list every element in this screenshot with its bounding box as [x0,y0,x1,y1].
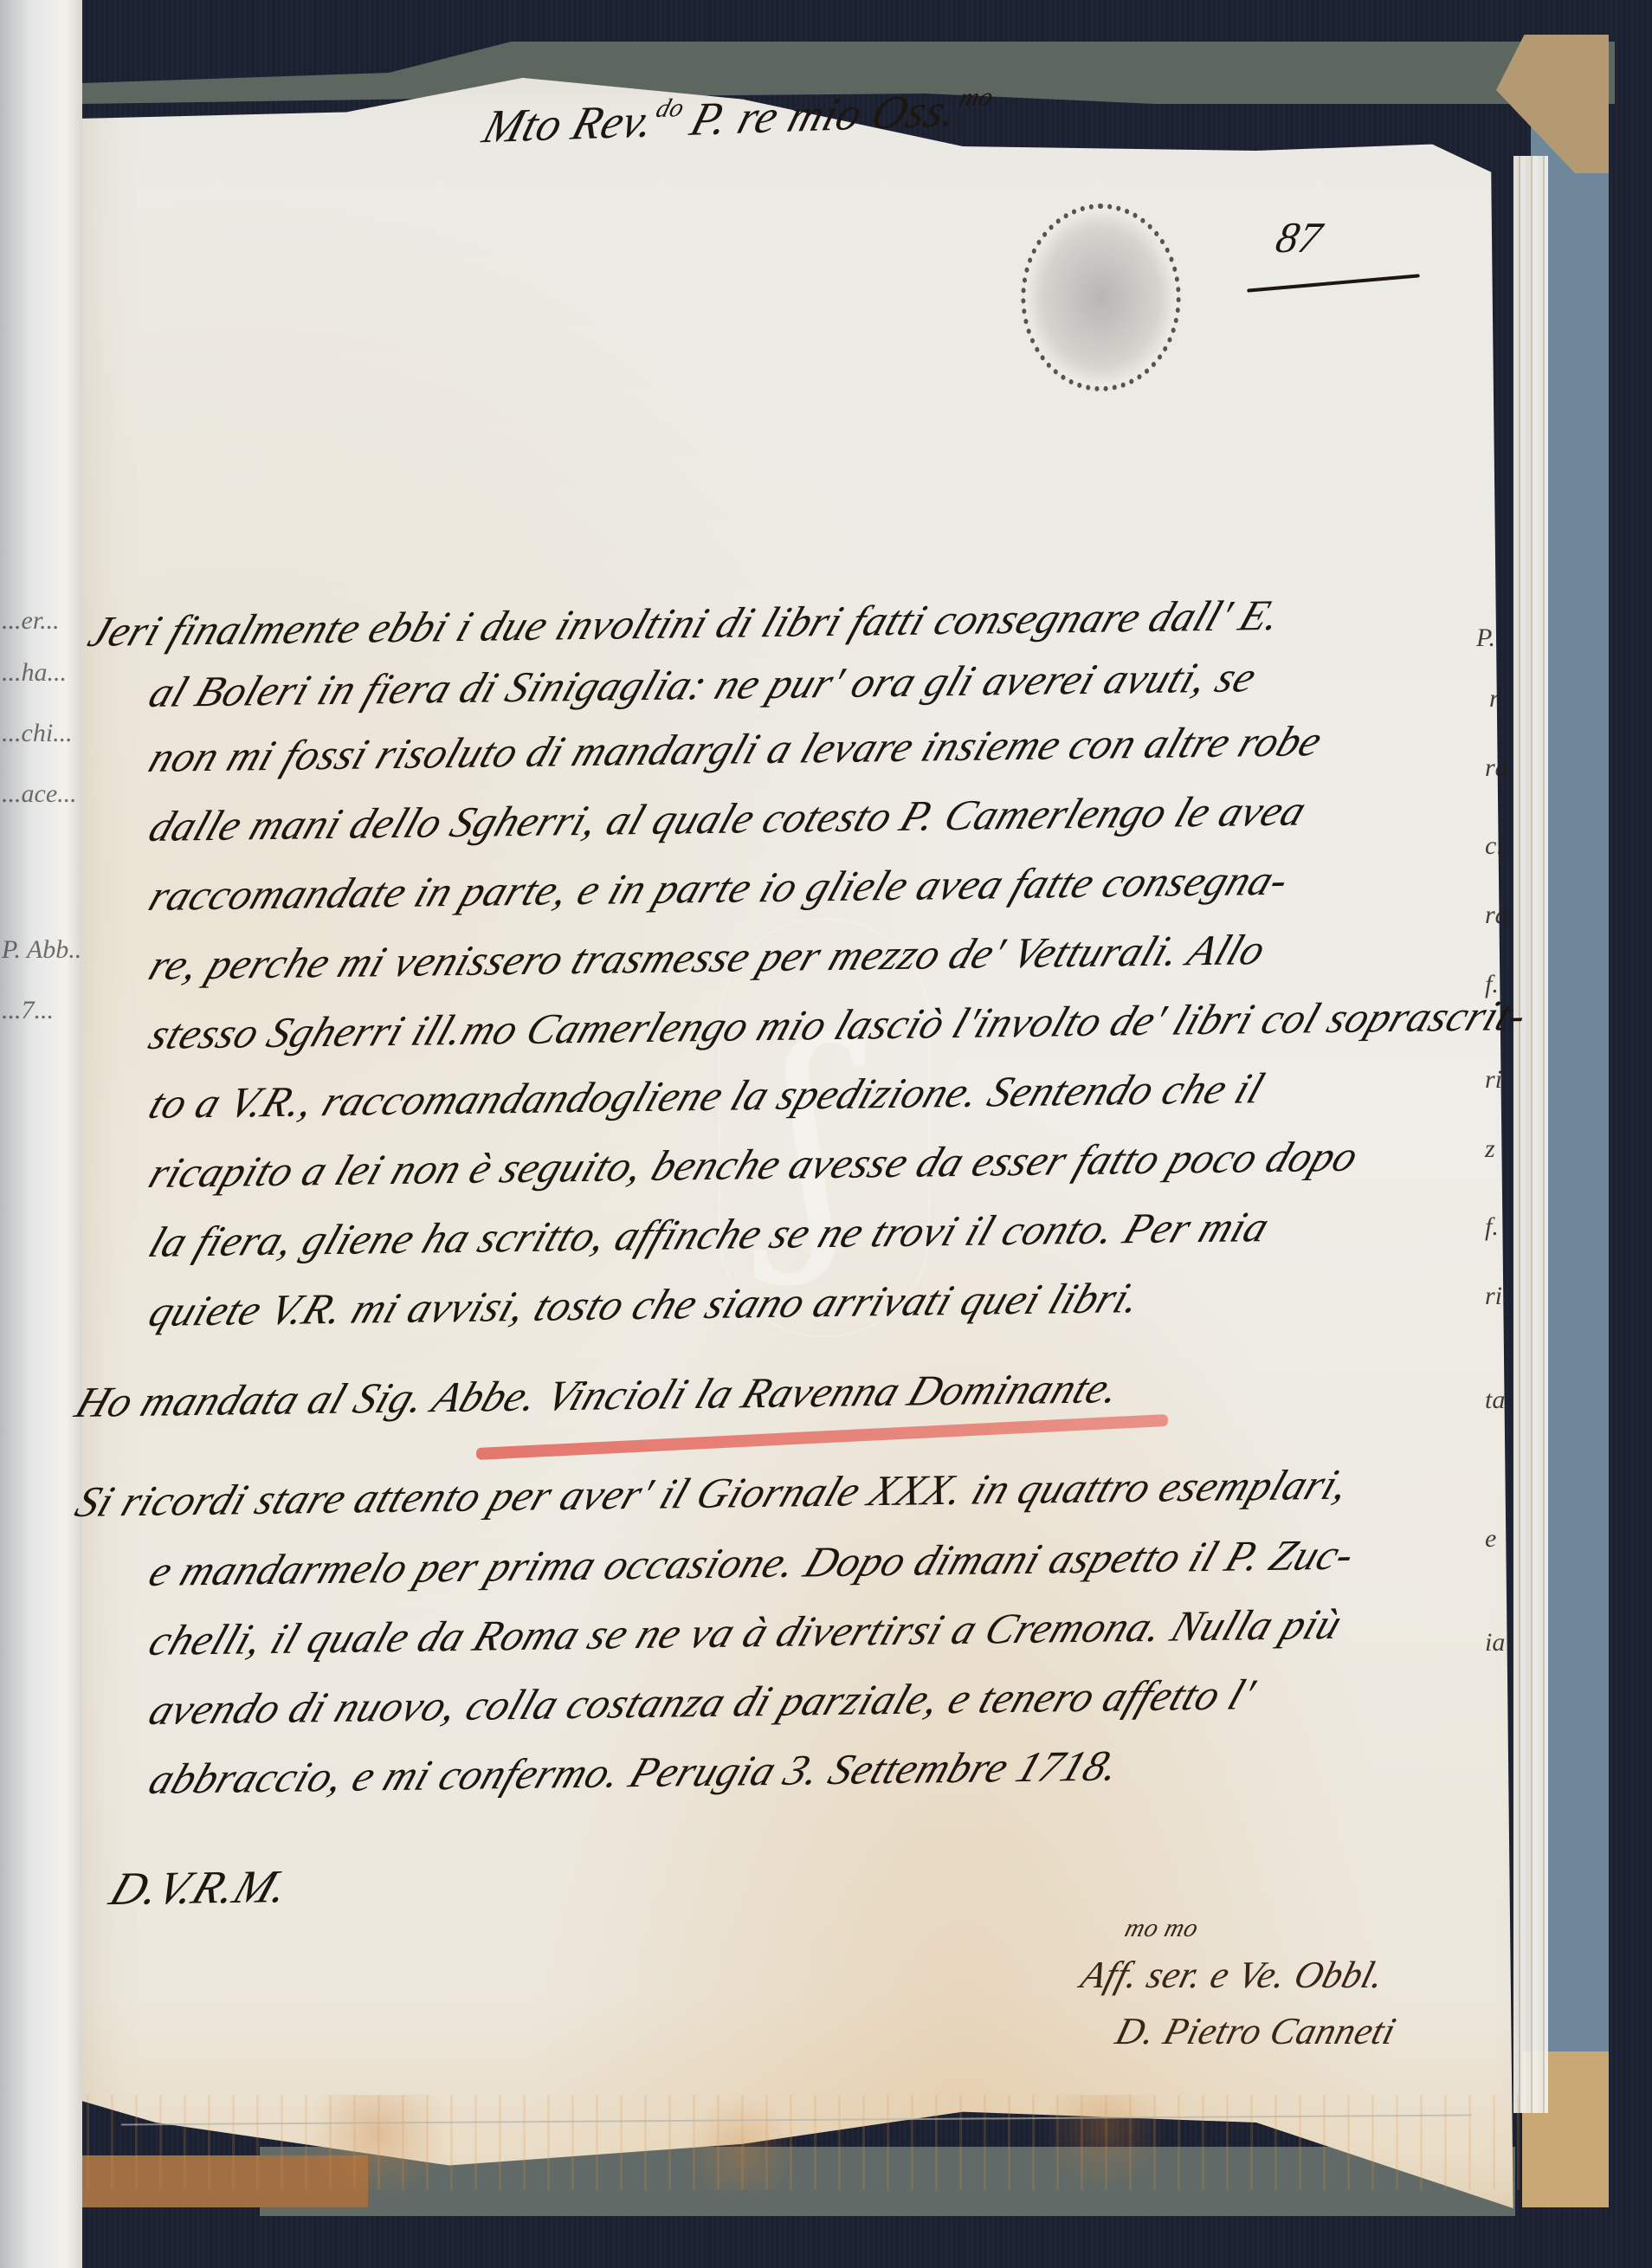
left-page-fragment: ...7... [2,996,54,1025]
salutation-mid: P. re mio Oss. [685,84,965,145]
margin-fragment: ta [1485,1386,1505,1415]
margin-fragment: z [1485,1134,1495,1164]
margin-fragment: ri [1485,1282,1502,1311]
left-page-fragment: ...chi... [2,719,73,748]
signature: D. Pietro Canneti [1111,2009,1401,2053]
margin-fragment: ri [1485,1065,1502,1095]
abbreviation-dvrm: D.V.R.M. [103,1859,297,1916]
margin-fragment: P. [1476,624,1495,653]
foxing-stains [87,2095,1541,2190]
library-stamp-icon [1021,204,1180,391]
margin-fragment: r [1489,684,1500,714]
margin-fragment: ci [1485,831,1504,861]
margin-fragment: e [1485,1524,1496,1554]
margin-fragment: ra [1485,901,1508,930]
left-page-fragment: ...er... [2,606,60,636]
margin-fragment: ia [1485,1628,1505,1657]
left-page-fragment: ...ace... [2,779,77,809]
sentence-prefix: Ho mandata al Sig. Abbe. [69,1372,545,1426]
closing-formula: Aff. ser. e Ve. Obbl. [1076,1953,1389,1997]
margin-fragment: f. [1485,1212,1499,1242]
adjacent-left-page: ...er... ...ha... ...chi... ...ace... P.… [0,0,82,2268]
salutation-main: Mto Rev. [477,94,661,152]
margin-fragment: ra [1485,753,1508,783]
underlined-title: Vincioli la Ravenna Dominante. [540,1363,1127,1419]
left-page-fragment: ...ha... [2,658,67,688]
closing-superscripts: mo mo [1121,1914,1201,1943]
page-edges [1513,156,1548,2113]
margin-fragment: f. [1485,970,1499,999]
left-page-fragment: P. Abb... [2,935,88,965]
